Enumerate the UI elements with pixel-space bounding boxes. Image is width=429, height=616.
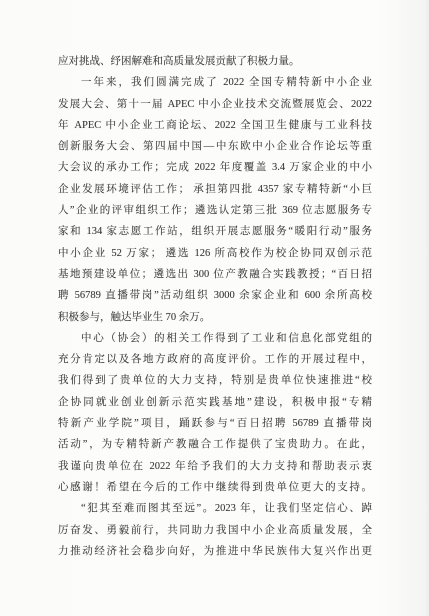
- letter-body: 应对挑战、纾困解难和高质量发展贡献了积极力量。 一年来，我们圆满完成了 2022…: [58, 51, 372, 562]
- text-line: 人”企业的评审组织工作；遴选认定第三批 369 位志愿服务专: [58, 200, 372, 221]
- text-line: 创新服务大会、第四届中国—中东欧中小企业合作论坛等重: [58, 136, 372, 157]
- text-line: 企业发展环境评估工作； 承担第四批 4357 家专精特新“小巨: [58, 179, 372, 200]
- document-page: 应对挑战、纾困解难和高质量发展贡献了积极力量。 一年来，我们圆满完成了 2022…: [0, 0, 429, 616]
- text-line: 充分肯定以及各地方政府的高度评价。工作的开展过程中，: [58, 349, 372, 370]
- text-line: 我们得到了贵单位的大力支持，特别是贵单位快速推进“校: [58, 370, 372, 391]
- text-line: 企协同就业创业创新示范实践基地”建设，积极申报“专精: [58, 392, 372, 413]
- text-line: 聘 56789 直播带岗”活动组织 3000 余家企业和 600 余所高校: [58, 285, 372, 306]
- text-line: 基地预建设单位；遴选出 300 位产教融合实践教授；“百日招: [58, 264, 372, 285]
- text-line: 积极参与，触达毕业生 70 余万。: [58, 307, 372, 328]
- text-line: 力推动经济社会稳步向好，为推进中华民族伟大复兴作出更: [58, 541, 372, 562]
- text-line: 应对挑战、纾困解难和高质量发展贡献了积极力量。: [58, 51, 372, 72]
- text-line: 发展大会、第十一届 APEC 中小企业技术交流暨展览会、2022: [58, 94, 372, 115]
- text-line: 大会议的承办工作；完成 2022 年度覆盖 3.4 万家企业的中小: [58, 157, 372, 178]
- text-line: 年 APEC 中小企业工商论坛、2022 全国卫生健康与工业科技: [58, 115, 372, 136]
- text-line: 中心（协会）的相关工作得到了工业和信息化部党组的: [58, 328, 372, 349]
- text-line: 活动”，为专精特新产教融合工作提供了宝贵助力。在此，: [58, 434, 372, 455]
- text-line: 一年来，我们圆满完成了 2022 全国专精特新中小企业: [58, 72, 372, 93]
- text-line: 我谨向贵单位在 2022 年给予我们的大力支持和帮助表示衷: [58, 456, 372, 477]
- text-line: 厉奋发、勇毅前行，共同助力我国中小企业高质量发展，全: [58, 520, 372, 541]
- text-line: “犯其至难而图其至远”。2023 年，让我们坚定信心、踔: [58, 498, 372, 519]
- text-line: 家和 134 家志愿工作站，组织开展志愿服务“暖阳行动”服务: [58, 221, 372, 242]
- text-line: 心感谢！希望在今后的工作中继续得到贵单位更大的支持。: [58, 477, 372, 498]
- text-line: 中小企业 52 万家； 遴选 126 所高校作为校企协同双创示范: [58, 243, 372, 264]
- text-line: 特新产业学院”项目，踊跃参与“百日招聘 56789 直播带岗: [58, 413, 372, 434]
